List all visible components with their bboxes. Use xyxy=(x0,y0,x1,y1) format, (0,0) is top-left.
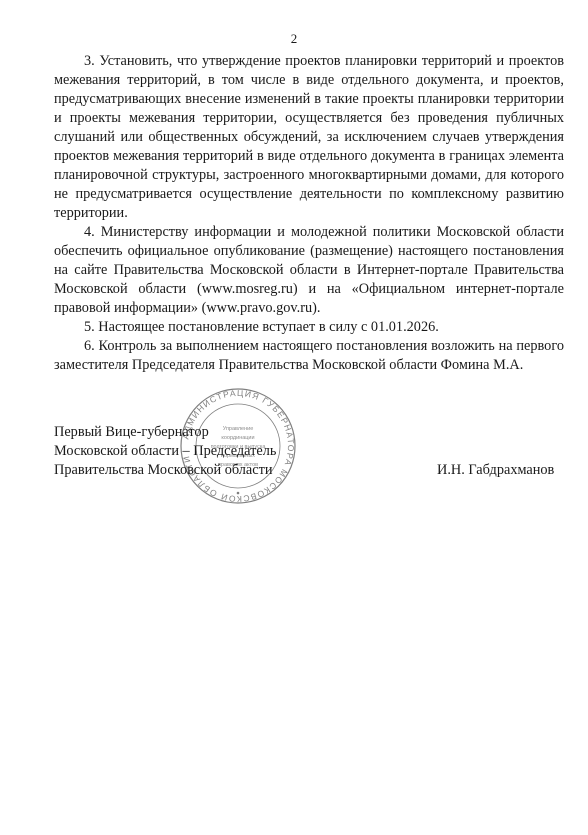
paragraph-3: 3. Установить, что утверждение проектов … xyxy=(54,52,564,223)
signer-name: И.Н. Габдрахманов xyxy=(437,461,554,480)
position-line: Первый Вице-губернатор xyxy=(54,423,276,442)
page-number: 2 xyxy=(0,31,588,47)
signature-position: Первый Вице-губернатор Московской област… xyxy=(54,423,276,480)
paragraph-4: 4. Министерству информации и молодежной … xyxy=(54,223,564,318)
document-body: 3. Установить, что утверждение проектов … xyxy=(54,52,564,375)
position-line: Московской области – Председатель xyxy=(54,442,276,461)
position-line: Правительства Московской области xyxy=(54,461,276,480)
paragraph-6: 6. Контроль за выполнением настоящего по… xyxy=(54,337,564,375)
paragraph-5: 5. Настоящее постановление вступает в си… xyxy=(54,318,564,337)
